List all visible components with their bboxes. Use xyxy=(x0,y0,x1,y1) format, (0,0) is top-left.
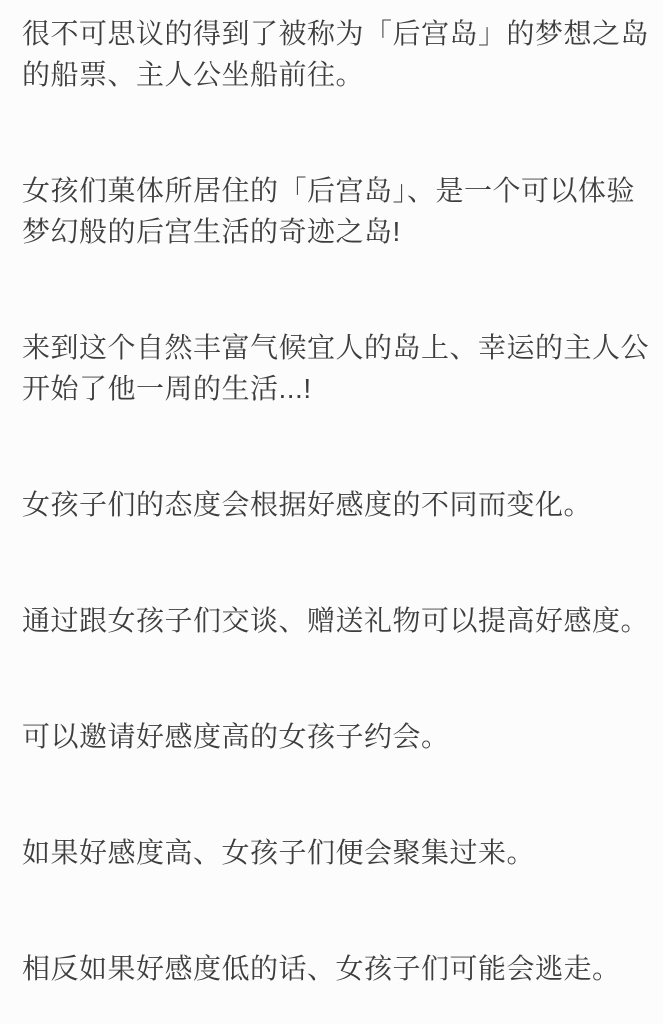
paragraph-3: 来到这个自然丰富气候宜人的岛上、幸运的主人公 开始了他一周的生活...! xyxy=(22,327,645,409)
paragraph-line: 可以邀请好感度高的女孩子约会。 xyxy=(22,716,645,757)
page: 很不可思议的得到了被称为「后宫岛」的梦想之岛 的船票、主人公坐船前往。 女孩们菓… xyxy=(0,0,663,1024)
paragraph-1: 很不可思议的得到了被称为「后宫岛」的梦想之岛 的船票、主人公坐船前往。 xyxy=(22,13,645,95)
paragraph-line: 如果好感度高、女孩子们便会聚集过来。 xyxy=(22,832,645,873)
description-text: 很不可思议的得到了被称为「后宫岛」的梦想之岛 的船票、主人公坐船前往。 女孩们菓… xyxy=(22,13,645,989)
paragraph-line: 来到这个自然丰富气候宜人的岛上、幸运的主人公 xyxy=(22,327,645,368)
paragraph-line: 的船票、主人公坐船前往。 xyxy=(22,54,645,95)
paragraph-line: 女孩们菓体所居住的「后宫岛」、是一个可以体验 xyxy=(22,170,645,211)
paragraph-line: 很不可思议的得到了被称为「后宫岛」的梦想之岛 xyxy=(22,13,645,54)
paragraph-8: 相反如果好感度低的话、女孩子们可能会逃走。 xyxy=(22,948,645,989)
paragraph-7: 如果好感度高、女孩子们便会聚集过来。 xyxy=(22,832,645,873)
paragraph-2: 女孩们菓体所居住的「后宫岛」、是一个可以体验 梦幻般的后宫生活的奇迹之岛! xyxy=(22,170,645,252)
paragraph-line: 通过跟女孩子们交谈、赠送礼物可以提高好感度。 xyxy=(22,600,645,641)
paragraph-5: 通过跟女孩子们交谈、赠送礼物可以提高好感度。 xyxy=(22,600,645,641)
paragraph-line: 相反如果好感度低的话、女孩子们可能会逃走。 xyxy=(22,948,645,989)
paragraph-line: 梦幻般的后宫生活的奇迹之岛! xyxy=(22,211,645,252)
paragraph-6: 可以邀请好感度高的女孩子约会。 xyxy=(22,716,645,757)
paragraph-line: 女孩子们的态度会根据好感度的不同而变化。 xyxy=(22,484,645,525)
paragraph-line: 开始了他一周的生活...! xyxy=(22,368,645,409)
paragraph-4: 女孩子们的态度会根据好感度的不同而变化。 xyxy=(22,484,645,525)
